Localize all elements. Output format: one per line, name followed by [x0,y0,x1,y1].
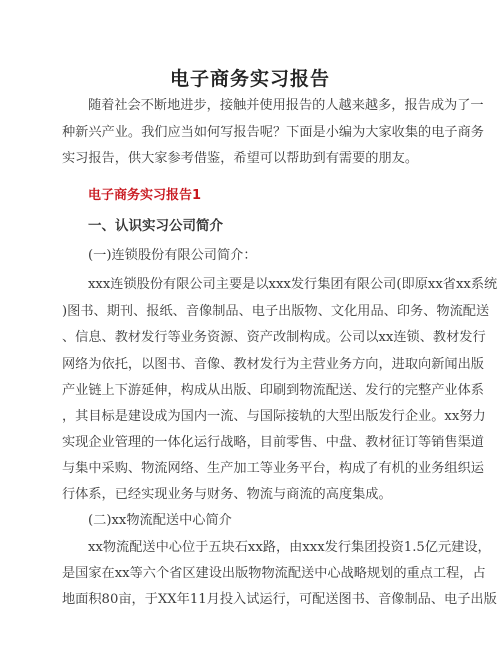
section-title: 电子商务实习报告1 [88,184,201,203]
subheading-chain-company: (一)连锁股份有限公司简介： [88,244,257,263]
heading-company-intro: 一、认识实习公司简介 [88,214,223,234]
document-page: 电子商务实习报告 随着社会不断地进步，接触并使用报告的人越来越多，报告成为了一 … [0,0,500,647]
subheading-logistics-center: (二)xx物流配送中心简介 [88,509,232,528]
paragraph-line: 、信息、教材发行等业务资源、资产改制构成。公司以xx连锁、教材发行 [62,328,438,348]
paragraph-line: )图书、期刊、报纸、音像制品、电子出版物、文化用品、印务、物流配送 [62,302,438,322]
document-title: 电子商务实习报告 [0,64,500,91]
paragraph-line: 是国家在xx等六个省区建设出版物物流配送中心战略规划的重点工程，占 [62,564,438,584]
intro-line: 随着社会不断地进步，接触并使用报告的人越来越多，报告成为了一 [88,96,438,116]
paragraph-line: 地面积80亩，于XX年11月投入试运行，可配送图书、音像制品、电子出版 [62,590,438,610]
paragraph-line: 与集中采购、物流网络、生产加工等业务平台，构成了有机的业务组织运 [62,459,438,479]
intro-line: 实习报告，供大家参考借鉴，希望可以帮助到有需要的朋友。 [62,149,438,169]
paragraph-line: 网络为依托，以图书、音像、教材发行为主营业务方向，进取向新闻出版 [62,355,438,375]
paragraph-line: 产业链上下游延伸，构成从出版、印刷到物流配送、发行的完整产业体系 [62,381,438,401]
paragraph-line: 行体系，已经实现业务与财务、物流与商流的高度集成。 [62,485,438,505]
paragraph-line: xx物流配送中心位于五块石xx路，由xxx发行集团投资1.5亿元建设， [88,538,438,558]
paragraph-line: xxx连锁股份有限公司主要是以xxx发行集团有限公司(即原xx省xx系统 [88,275,438,295]
paragraph-line: ，其目标是建设成为国内一流、与国际接轨的大型出版发行企业。xx努力 [62,407,438,427]
intro-line: 种新兴产业。我们应当如何写报告呢？下面是小编为大家收集的电子商务 [62,123,438,143]
paragraph-line: 实现企业管理的一体化运行战略，目前零售、中盘、教材征订等销售渠道 [62,433,438,453]
